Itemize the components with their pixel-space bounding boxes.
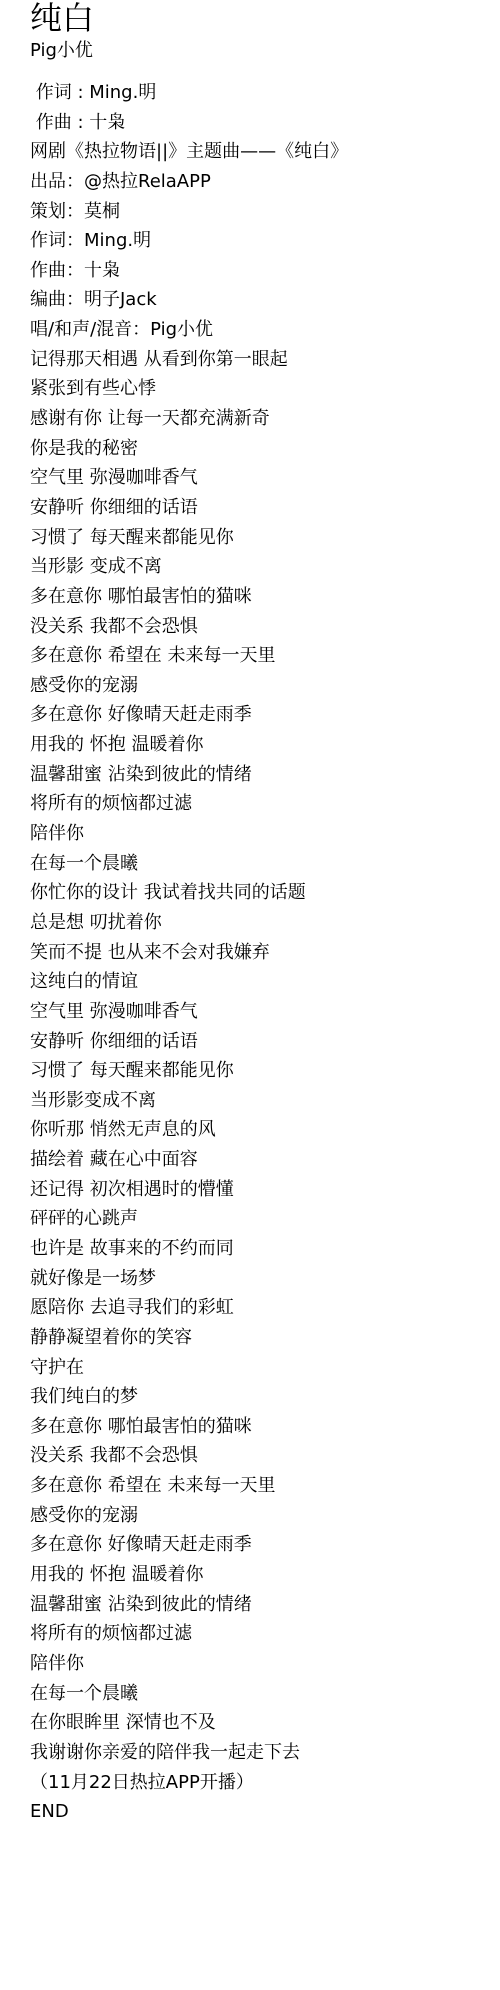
credit-composer-2: 作曲：十枭 xyxy=(30,256,348,286)
song-title: 纯白 xyxy=(30,0,490,38)
lyric-line: 没关系 我都不会恐惧 xyxy=(30,612,348,642)
lyric-line: 温馨甜蜜 沾染到彼此的情绪 xyxy=(30,760,348,790)
lyric-line: 还记得 初次相遇时的懵懂 xyxy=(30,1175,348,1205)
lyric-line: 在每一个晨曦 xyxy=(30,849,348,879)
lyric-line: 你忙你的设计 我试着找共同的话题 xyxy=(30,878,348,908)
lyric-line: 用我的 怀抱 温暖着你 xyxy=(30,1560,348,1590)
lyric-line: 空气里 弥漫咖啡香气 xyxy=(30,463,348,493)
lyric-line: 用我的 怀抱 温暖着你 xyxy=(30,730,348,760)
lyric-line: 也许是 故事来的不约而同 xyxy=(30,1234,348,1264)
lyric-line: 在每一个晨曦 xyxy=(30,1679,348,1709)
credit-planner: 策划：莫桐 xyxy=(30,197,348,227)
lyric-line: 温馨甜蜜 沾染到彼此的情绪 xyxy=(30,1590,348,1620)
lyric-line: 习惯了 每天醒来都能见你 xyxy=(30,1056,348,1086)
credit-lyricist: 作词 : Ming.明 xyxy=(30,78,348,108)
lyric-line: 就好像是一场梦 xyxy=(30,1264,348,1294)
lyric-line: 多在意你 希望在 未来每一天里 xyxy=(30,641,348,671)
lyric-line: 多在意你 哪怕最害怕的猫咪 xyxy=(30,1412,348,1442)
lyric-line: 我们纯白的梦 xyxy=(30,1382,348,1412)
lyric-line: 安静听 你细细的话语 xyxy=(30,493,348,523)
lyrics-list: 作词 : Ming.明 作曲 : 十枭 网剧《热拉物语||》主题曲——《纯白》 … xyxy=(30,78,348,1827)
lyric-line: 安静听 你细细的话语 xyxy=(30,1027,348,1057)
lyric-line: 紧张到有些心悸 xyxy=(30,374,348,404)
lyric-line: 多在意你 好像晴天赶走雨季 xyxy=(30,1530,348,1560)
artist-name: Pig小优 xyxy=(30,38,490,64)
lyric-line: 砰砰的心跳声 xyxy=(30,1204,348,1234)
lyric-line: 陪伴你 xyxy=(30,1649,348,1679)
lyric-line: 没关系 我都不会恐惧 xyxy=(30,1441,348,1471)
lyric-line: 多在意你 好像晴天赶走雨季 xyxy=(30,700,348,730)
lyric-line: 在你眼眸里 深情也不及 xyxy=(30,1708,348,1738)
lyric-line: 习惯了 每天醒来都能见你 xyxy=(30,523,348,553)
lyric-line: 将所有的烦恼都过滤 xyxy=(30,789,348,819)
credit-vocals: 唱/和声/混音：Pig小优 xyxy=(30,315,348,345)
credit-composer: 作曲 : 十枭 xyxy=(30,108,348,138)
lyric-line: 总是想 叨扰着你 xyxy=(30,908,348,938)
lyric-line: 我谢谢你亲爱的陪伴我一起走下去 xyxy=(30,1738,348,1768)
lyric-line: 多在意你 哪怕最害怕的猫咪 xyxy=(30,582,348,612)
lyric-line: 描绘着 藏在心中面容 xyxy=(30,1145,348,1175)
lyric-line: 守护在 xyxy=(30,1353,348,1383)
lyric-line: 当形影 变成不离 xyxy=(30,552,348,582)
lyric-line: 你是我的秘密 xyxy=(30,434,348,464)
lyric-line: 当形影变成不离 xyxy=(30,1086,348,1116)
credit-lyricist-2: 作词：Ming.明 xyxy=(30,226,348,256)
lyrics-page: 纯白 Pig小优 作词 : Ming.明 作曲 : 十枭 网剧《热拉物语||》主… xyxy=(30,0,490,64)
lyric-line: 感谢有你 让每一天都充满新奇 xyxy=(30,404,348,434)
lyric-line: 笑而不提 也从来不会对我嫌弃 xyxy=(30,938,348,968)
lyric-end-marker: END xyxy=(30,1797,348,1827)
lyric-line: 感受你的宠溺 xyxy=(30,1501,348,1531)
lyric-line: 这纯白的情谊 xyxy=(30,967,348,997)
credit-theme-song: 网剧《热拉物语||》主题曲——《纯白》 xyxy=(30,137,348,167)
credit-producer: 出品：@热拉RelaAPP xyxy=(30,167,348,197)
lyric-line: 将所有的烦恼都过滤 xyxy=(30,1619,348,1649)
credit-arranger: 编曲：明子Jack xyxy=(30,285,348,315)
lyric-premiere-note: （11月22日热拉APP开播） xyxy=(30,1768,348,1798)
lyric-line: 愿陪你 去追寻我们的彩虹 xyxy=(30,1293,348,1323)
lyric-line: 记得那天相遇 从看到你第一眼起 xyxy=(30,345,348,375)
lyric-line: 空气里 弥漫咖啡香气 xyxy=(30,997,348,1027)
lyric-line: 感受你的宠溺 xyxy=(30,671,348,701)
lyric-line: 你听那 悄然无声息的风 xyxy=(30,1115,348,1145)
lyric-line: 静静凝望着你的笑容 xyxy=(30,1323,348,1353)
lyric-line: 多在意你 希望在 未来每一天里 xyxy=(30,1471,348,1501)
lyric-line: 陪伴你 xyxy=(30,819,348,849)
